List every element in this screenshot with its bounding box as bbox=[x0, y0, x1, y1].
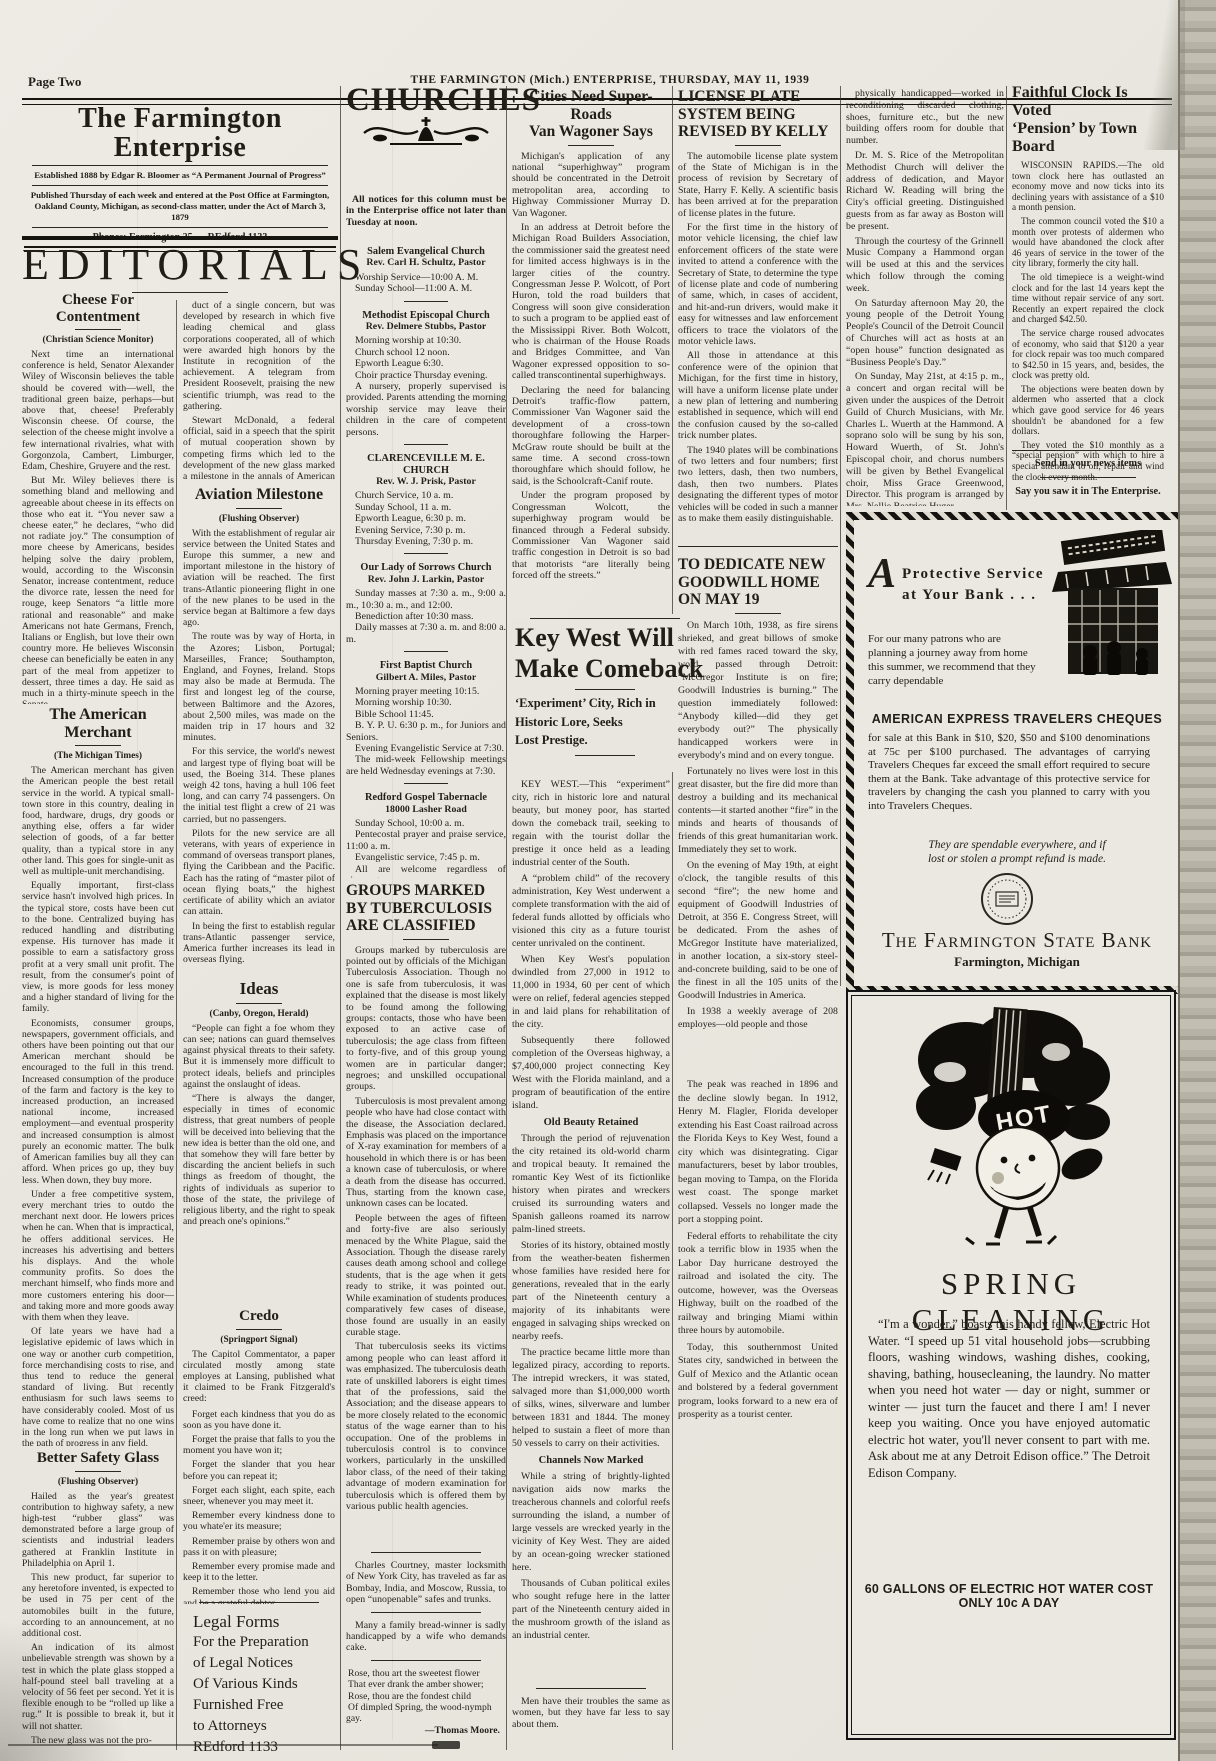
page-label: Page Two bbox=[28, 74, 81, 90]
storefront-illustration bbox=[1052, 530, 1172, 682]
paragraph: Remember every kindness done to you what… bbox=[183, 1510, 335, 1532]
column-rule bbox=[672, 86, 673, 614]
rule bbox=[404, 444, 448, 445]
paragraph: Morning worship 10:30. bbox=[346, 697, 506, 708]
rule bbox=[403, 939, 449, 940]
rule bbox=[371, 1552, 481, 1553]
article-tuberculosis-groups: GROUPS MARKEDBY TUBERCULOSISARE CLASSIFI… bbox=[346, 882, 506, 1546]
paragraph: Thousands of Cuban political exiles who … bbox=[512, 1577, 670, 1642]
paragraph: Evening Service, 7:30 p. m. bbox=[346, 525, 506, 536]
article-license-plate: LICENSE PLATESYSTEM BEINGREVISED BY KELL… bbox=[678, 88, 838, 540]
scan-corner-shadow bbox=[1140, 0, 1185, 150]
paragraph: That ever drank the amber shower; bbox=[346, 1679, 506, 1690]
paragraph: Pentecostal prayer and praise service, 1… bbox=[346, 829, 506, 852]
church-listing-salem: Salem Evangelical Church Rev. Carl H. Sc… bbox=[346, 244, 506, 302]
paragraph: “People can fight a foe whom they can se… bbox=[183, 1023, 335, 1090]
key-west-headline: Key West WillMake Comeback ‘Experiment’ … bbox=[506, 618, 704, 756]
paragraph: All those in attendance at this conferen… bbox=[678, 350, 838, 441]
paragraph: In an address at Detroit before the Mich… bbox=[512, 222, 670, 382]
rule bbox=[536, 1688, 646, 1689]
column-rule bbox=[1006, 86, 1007, 510]
church-name: Our Lady of Sorrows Church bbox=[346, 562, 506, 573]
church-pastor: Rev. Carl H. Schultz, Pastor bbox=[346, 257, 506, 268]
paragraph: Sunday School—11:00 A. M. bbox=[346, 283, 506, 294]
scan-blot bbox=[432, 1741, 460, 1749]
fdic-seal-icon bbox=[980, 872, 1034, 926]
paragraph: Michigan's application of any national “… bbox=[512, 151, 670, 219]
church-schedule: Worship Service—10:00 A. M.Sunday School… bbox=[346, 272, 506, 295]
paragraph: Forget the praise that falls to you the … bbox=[183, 1434, 335, 1456]
paragraph: GOODWILL HOME bbox=[678, 574, 838, 592]
article-title: Better Safety Glass bbox=[22, 1450, 174, 1467]
rule bbox=[404, 783, 448, 784]
paragraph: But Mr. Wiley believes there is somethin… bbox=[22, 475, 174, 704]
article-body: With the establishment of regular air se… bbox=[183, 528, 335, 966]
churches-ornament-icon bbox=[360, 111, 492, 149]
legal-forms-ad: Legal FormsFor the Preparationof Legal N… bbox=[183, 1602, 335, 1758]
ad-body: for sale at this Bank in $10, $20, $50 a… bbox=[868, 732, 1150, 814]
ad-tagline-line1: They are spendable everywhere, and if bbox=[854, 838, 1180, 852]
paragraph: With the establishment of regular air se… bbox=[183, 528, 335, 629]
paragraph: Hailed as the year's greatest contributi… bbox=[22, 1491, 174, 1569]
paragraph: In being the first to establish regular … bbox=[183, 921, 335, 966]
rule bbox=[404, 553, 448, 554]
paragraph: “There is always the danger, especially … bbox=[183, 1093, 335, 1227]
article-title: The American Merchant bbox=[22, 706, 174, 741]
paragraph: Sunday masses at 7:30 a. m., 9:00 a. m.,… bbox=[346, 588, 506, 611]
paragraph: Groups marked by tuberculosis are pointe… bbox=[346, 945, 506, 1093]
paragraph: The mid-week Fellowship meetings are hel… bbox=[346, 754, 506, 777]
editorials-banner-text: EDITORIALS bbox=[22, 242, 338, 288]
article-credit: (Christian Science Monitor) bbox=[22, 335, 174, 345]
ad-headline-line2: at Your Bank . . . bbox=[902, 585, 1058, 606]
church-pastor: Rev. John J. Larkin, Pastor bbox=[346, 574, 506, 585]
scan-edge-band bbox=[1178, 0, 1216, 1761]
paragraph: The peak was reached in 1896 and the dec… bbox=[678, 1078, 838, 1227]
paragraph: For the first time in the history of mot… bbox=[678, 222, 838, 347]
rule bbox=[530, 618, 680, 619]
masthead-published: Published Thursday of each week and ente… bbox=[22, 188, 338, 225]
filler-courtney: Charles Courtney, master locksmith of Ne… bbox=[346, 1560, 506, 1606]
article-body: Through the period of rejuvenation the c… bbox=[512, 1132, 670, 1450]
paragraph: The American merchant has given the Amer… bbox=[22, 765, 174, 877]
paragraph: Declaring the need for balancing Detroit… bbox=[512, 385, 670, 488]
paragraph: Church school 12 noon. bbox=[346, 347, 506, 358]
rule bbox=[236, 1003, 282, 1004]
paragraph: Lost Prestige. bbox=[506, 733, 704, 749]
paragraph: duct of a single concern, but was develo… bbox=[183, 300, 335, 412]
paragraph: Of late years we have had a legislative … bbox=[22, 1326, 174, 1446]
rule bbox=[575, 755, 635, 756]
article-body: KEY WEST.—This “experiment” city, rich i… bbox=[512, 778, 670, 1112]
filler-poem: Rose, thou art the sweetest flowerThat e… bbox=[346, 1668, 506, 1725]
article-key-west-continuation: The peak was reached in 1896 and the dec… bbox=[678, 1078, 838, 1638]
rule bbox=[371, 1612, 481, 1613]
column-rule bbox=[176, 300, 177, 1750]
paragraph: Fortunately no lives were lost in this g… bbox=[678, 765, 838, 856]
rule bbox=[236, 508, 282, 509]
ad-tagline-line2: lost or stolen a prompt refund is made. bbox=[854, 852, 1180, 866]
paragraph: Next time an international conference is… bbox=[22, 349, 174, 472]
paragraph: Morning worship at 10:30. bbox=[346, 335, 506, 346]
rule bbox=[32, 165, 328, 166]
paragraph: Bible School 11:45. bbox=[346, 709, 506, 720]
credo-intro: The Capitol Commentator, a paper circula… bbox=[183, 1349, 335, 1405]
church-schedule: Sunday School, 10:00 a. m.Pentecostal pr… bbox=[346, 818, 506, 878]
notice-send-news: Send in your news items bbox=[1012, 458, 1164, 469]
paragraph: Church Service, 10 a. m. bbox=[346, 490, 506, 501]
paragraph: Under a free competitive system, every m… bbox=[22, 1189, 174, 1323]
ad-intro: For our many patrons who are planning a … bbox=[868, 632, 1040, 688]
article-title: Ideas bbox=[183, 980, 335, 999]
paragraph: Dr. M. S. Rice of the Metropolitan Metho… bbox=[846, 150, 1004, 233]
paragraph: GROUPS MARKED bbox=[346, 882, 506, 900]
article-credit: (Flushing Observer) bbox=[183, 514, 335, 524]
paragraph: REVISED BY KELLY bbox=[678, 123, 838, 141]
article-body: Groups marked by tuberculosis are pointe… bbox=[346, 945, 506, 1513]
church-schedule: Church Service, 10 a. m.Sunday School, 1… bbox=[346, 490, 506, 547]
newspaper-page: Page Two THE FARMINGTON (Mich.) ENTERPRI… bbox=[0, 0, 1216, 1761]
article-title: Credo bbox=[183, 1308, 335, 1325]
article-subhead: Old Beauty Retained bbox=[512, 1116, 670, 1129]
article-credo: Credo (Springport Signal) The Capitol Co… bbox=[183, 1308, 335, 1604]
column-rule bbox=[340, 86, 341, 1750]
article-body: On March 10th, 1938, as fire sirens shri… bbox=[678, 619, 838, 1031]
church-name: Salem Evangelical Church bbox=[346, 246, 506, 257]
paragraph: Economists, consumer groups, newspapers,… bbox=[22, 1018, 174, 1186]
rule bbox=[404, 651, 448, 652]
rule bbox=[75, 329, 121, 330]
ad-body: “I'm a wonder,” boasts this handy fellow… bbox=[868, 1316, 1150, 1481]
church-schedule: Morning worship at 10:30.Church school 1… bbox=[346, 335, 506, 438]
paragraph: ‘Experiment’ City, Rich in bbox=[506, 696, 704, 712]
article-title: Cheese For Contentment bbox=[22, 292, 174, 325]
credo-lines: Forget each kindness that you do as soon… bbox=[183, 1409, 335, 1604]
paragraph: Today, this southernmost United States c… bbox=[678, 1341, 838, 1422]
paragraph: Historic Lore, Seeks bbox=[506, 715, 704, 731]
rule bbox=[404, 301, 448, 302]
rule bbox=[735, 145, 781, 146]
ad-headline-line1: Protective Service bbox=[902, 564, 1058, 585]
church-address: 18000 Lasher Road bbox=[346, 804, 506, 815]
filler-breadwinner: Many a family bread-winner is sadly hand… bbox=[346, 1620, 506, 1654]
paragraph: TO DEDICATE NEW bbox=[678, 556, 838, 574]
paragraph: Legal Forms bbox=[193, 1611, 335, 1632]
paragraph: The 1940 plates will be combinations of … bbox=[678, 445, 838, 525]
ad-product-name: AMERICAN EXPRESS TRAVELERS CHEQUES bbox=[854, 712, 1180, 726]
scan-curl-shadow bbox=[0, 1620, 130, 1761]
article-body: Next time an international conference is… bbox=[22, 349, 174, 704]
paragraph: When Key West's population dwindled from… bbox=[512, 953, 670, 1031]
paragraph: Choir practice Thursday evening. bbox=[346, 370, 506, 381]
paragraph: For this service, the world's newest and… bbox=[183, 746, 335, 824]
paragraph: B. Y. P. U. 6:30 p. m., for Juniors and … bbox=[346, 720, 506, 743]
paragraph: Federal efforts to rehabilitate the city… bbox=[678, 1230, 838, 1338]
paragraph: KEY WEST.—This “experiment” city, rich i… bbox=[512, 778, 670, 869]
church-pastor: Rev. W. J. Prisk, Pastor bbox=[346, 476, 506, 487]
paragraph: Van Wagoner Says bbox=[512, 123, 670, 141]
article-title: Key West WillMake Comeback bbox=[506, 624, 704, 683]
legal-forms-ad-text: Legal FormsFor the Preparationof Legal N… bbox=[183, 1611, 335, 1758]
paragraph: On the evening of May 19th, at eight o'c… bbox=[678, 859, 838, 1002]
paragraph: Thursday Evening, 7:30 p. m. bbox=[346, 536, 506, 547]
church-pastor: Gilbert A. Miles, Pastor bbox=[346, 672, 506, 683]
article-body: The automobile license plate system of t… bbox=[678, 151, 838, 525]
hot-water-mascot-icon: HOT bbox=[906, 1002, 1116, 1254]
column-rule bbox=[840, 86, 841, 986]
paragraph: A nursery, properly supervised is provid… bbox=[346, 381, 506, 438]
bank-name: The Farmington State Bank bbox=[854, 928, 1180, 953]
church-listing-our-lady-of-sorrows: Our Lady of Sorrows Church Rev. John J. … bbox=[346, 560, 506, 652]
rule bbox=[32, 185, 328, 186]
article-title: GROUPS MARKEDBY TUBERCULOSISARE CLASSIFI… bbox=[346, 882, 506, 935]
church-listing-redford-gospel: Redford Gospel Tabernacle 18000 Lasher R… bbox=[346, 790, 506, 878]
paragraph: On Saturday afternoon May 20, the young … bbox=[846, 298, 1004, 369]
paragraph: Sunday School, 10:00 a. m. bbox=[346, 818, 506, 829]
rule bbox=[236, 1329, 282, 1330]
paragraph: BY TUBERCULOSIS bbox=[346, 900, 506, 918]
paragraph: Equally important, first-class service h… bbox=[22, 880, 174, 1014]
paragraph: ON MAY 19 bbox=[678, 591, 838, 609]
article-american-merchant: The American Merchant (The Michigan Time… bbox=[22, 706, 174, 1446]
article-ideas: Ideas (Canby, Oregon, Herald) “People ca… bbox=[183, 980, 335, 1306]
paragraph: Forget each slight, each spite, each sne… bbox=[183, 1485, 335, 1507]
paragraph: LICENSE PLATE bbox=[678, 88, 838, 106]
filler-men-troubles: Men have their troubles the same as wome… bbox=[512, 1688, 670, 1733]
ad-banner: 60 GALLONS OF ELECTRIC HOT WATER COST ON… bbox=[856, 1582, 1162, 1610]
masthead-established: Established 1888 by Edgar R. Bloomer as … bbox=[22, 168, 338, 183]
rule bbox=[735, 613, 781, 614]
paragraph: Stories of its history, obtained mostly … bbox=[512, 1239, 670, 1343]
paragraph: Make Comeback bbox=[506, 655, 704, 683]
paragraph: On Sunday, May 21st, at 4:15 p. m., a co… bbox=[846, 371, 1004, 506]
article-key-west-body: KEY WEST.—This “experiment” city, rich i… bbox=[512, 778, 670, 1670]
church-listing-first-baptist: First Baptist Church Gilbert A. Miles, P… bbox=[346, 658, 506, 784]
rule bbox=[75, 1471, 121, 1472]
article-credit: (Flushing Observer) bbox=[22, 1477, 174, 1487]
paragraph: In 1938 a weekly average of 208 employes… bbox=[678, 1005, 838, 1031]
article-body: While a string of brightly-lighted navig… bbox=[512, 1470, 670, 1642]
article-subhead: Channels Now Marked bbox=[512, 1454, 670, 1467]
article-aviation-milestone: Aviation Milestone (Flushing Observer) W… bbox=[183, 486, 335, 976]
churches-notice-text: All notices for this column must be in t… bbox=[346, 194, 506, 228]
paragraph: The automobile license plate system of t… bbox=[678, 151, 838, 219]
church-schedule: Morning prayer meeting 10:15.Morning wor… bbox=[346, 686, 506, 777]
paragraph: Under the program proposed by Congressma… bbox=[512, 490, 670, 581]
churches-notice: All notices for this column must be in t… bbox=[346, 194, 506, 231]
column-rule bbox=[672, 772, 673, 1750]
article-subtitle: ‘Experiment’ City, Rich inHistoric Lore,… bbox=[506, 696, 704, 749]
paragraph: Remember praise by others won and pass i… bbox=[183, 1536, 335, 1558]
church-name: First Baptist Church bbox=[346, 660, 506, 671]
paragraph: All are welcome regardless of circumstan… bbox=[346, 864, 506, 878]
paragraph: to Attorneys bbox=[193, 1716, 335, 1737]
paragraph: While a string of brightly-lighted navig… bbox=[512, 1470, 670, 1574]
paragraph: Through the period of rejuvenation the c… bbox=[512, 1132, 670, 1236]
paragraph: REdford 1133 bbox=[193, 1737, 335, 1758]
paragraph: Through the courtesy of the Grinnell Mus… bbox=[846, 236, 1004, 295]
churches-banner: CHURCHES bbox=[346, 84, 506, 154]
rule bbox=[32, 227, 328, 228]
rule bbox=[568, 145, 614, 146]
paragraph: Stewart McDonald, a federal official, sa… bbox=[183, 415, 335, 482]
paragraph: The service charge roused advocates of e… bbox=[1012, 328, 1164, 381]
notice-saw-enterprise: Say you saw it in The Enterprise. bbox=[1006, 486, 1170, 497]
paragraph: of Legal Notices bbox=[193, 1653, 335, 1674]
paragraph: Worship Service—10:00 A. M. bbox=[346, 272, 506, 283]
article-body: The American merchant has given the Amer… bbox=[22, 765, 174, 1446]
article-credit: (Canby, Oregon, Herald) bbox=[183, 1009, 335, 1019]
scan-fold-line bbox=[392, 100, 393, 1740]
paragraph: For the Preparation bbox=[193, 1632, 335, 1653]
church-pastor: Rev. Delmere Stubbs, Pastor bbox=[346, 321, 506, 332]
article-credit: (The Michigan Times) bbox=[22, 751, 174, 761]
masthead: The Farmington Enterprise Established 18… bbox=[22, 104, 338, 252]
article-goodwill-continuation: physically handicapped—worked in recondi… bbox=[846, 88, 1004, 506]
paragraph: Sunday School, 11 a. m. bbox=[346, 502, 506, 513]
paragraph: Forget the slander that you hear before … bbox=[183, 1459, 335, 1481]
rule bbox=[75, 745, 121, 746]
article-credit: (Springport Signal) bbox=[183, 1335, 335, 1345]
rule bbox=[678, 546, 838, 547]
poem-attribution: —Thomas Moore. bbox=[346, 1725, 506, 1736]
paragraph: The old timepiece is a weight-wind clock… bbox=[1012, 272, 1164, 325]
rule bbox=[371, 1660, 481, 1661]
article-cheese-for-contentment: Cheese For Contentment (Christian Scienc… bbox=[22, 292, 174, 704]
newspaper-title: The Farmington Enterprise bbox=[22, 104, 338, 163]
article-body: WISCONSIN RAPIDS.—The old town clock her… bbox=[1012, 160, 1164, 490]
rule bbox=[575, 689, 635, 690]
paragraph: On March 10th, 1938, as fire sirens shri… bbox=[678, 619, 838, 762]
paragraph: The practice became little more than leg… bbox=[512, 1346, 670, 1450]
article-title: LICENSE PLATESYSTEM BEINGREVISED BY KELL… bbox=[678, 88, 838, 141]
paragraph: SYSTEM BEING bbox=[678, 106, 838, 124]
paragraph: Epworth League 6:30. bbox=[346, 358, 506, 369]
paragraph: Evening Evangelistic Service at 7:30. bbox=[346, 743, 506, 754]
paragraph: Key West Will bbox=[506, 624, 704, 652]
church-name: Methodist Episcopal Church bbox=[346, 310, 506, 321]
article-title: Cities Need Super-RoadsVan Wagoner Says bbox=[512, 88, 670, 141]
bank-travelers-cheques-ad: A Protective Service at Your Bank . . . … bbox=[846, 512, 1188, 994]
article-glass-continuation: duct of a single concern, but was develo… bbox=[183, 300, 335, 482]
paragraph: Of dimpled Spring, the wood-nymph gay. bbox=[346, 1702, 506, 1725]
paragraph: Pilots for the new service are all veter… bbox=[183, 828, 335, 918]
paragraph: Benediction after 10:30 mass. bbox=[346, 611, 506, 622]
rule bbox=[1040, 477, 1136, 478]
article-goodwill-home: TO DEDICATE NEWGOODWILL HOMEON MAY 19 On… bbox=[678, 556, 838, 1066]
paragraph: Of Various Kinds bbox=[193, 1674, 335, 1695]
article-title: TO DEDICATE NEWGOODWILL HOMEON MAY 19 bbox=[678, 556, 838, 609]
filler-text: Men have their troubles the same as wome… bbox=[512, 1696, 670, 1730]
paragraph: Remember every promise made and keep it … bbox=[183, 1561, 335, 1583]
paragraph: Subsequently there followed completion o… bbox=[512, 1034, 670, 1112]
paragraph: Rose, thou art the sweetest flower bbox=[346, 1668, 506, 1679]
church-schedule: Sunday masses at 7:30 a. m., 9:00 a. m.,… bbox=[346, 588, 506, 645]
column-fillers: Charles Courtney, master locksmith of Ne… bbox=[346, 1552, 506, 1736]
paragraph: Morning prayer meeting 10:15. bbox=[346, 686, 506, 697]
article-super-roads: Cities Need Super-RoadsVan Wagoner Says … bbox=[512, 88, 670, 614]
edison-spring-cleaning-ad: HOT SPRING CLEANING “I'm a wonder,” boas… bbox=[846, 990, 1176, 1740]
rule bbox=[199, 1602, 319, 1603]
paragraph: People between the ages of fifteen and f… bbox=[346, 1213, 506, 1338]
paragraph: The common council voted the $10 a month… bbox=[1012, 216, 1164, 269]
paragraph: physically handicapped—worked in recondi… bbox=[846, 88, 1004, 147]
paragraph: Daily masses at 7:30 a. m. and 8:00 a. m… bbox=[346, 622, 506, 645]
paragraph: That tuberculosis seeks its victims amon… bbox=[346, 1341, 506, 1512]
article-body: “People can fight a foe whom they can se… bbox=[183, 1023, 335, 1228]
paragraph: Tuberculosis is most prevalent among peo… bbox=[346, 1096, 506, 1210]
paragraph: Cities Need Super-Roads bbox=[512, 88, 670, 123]
rule bbox=[1012, 450, 1164, 451]
bank-location: Farmington, Michigan bbox=[854, 954, 1180, 970]
ad-script-initial: A bbox=[868, 550, 896, 598]
paragraph: A “problem child” of the recovery admini… bbox=[512, 872, 670, 950]
church-listing-clarenceville: CLARENCEVILLE M. E. CHURCH Rev. W. J. Pr… bbox=[346, 451, 506, 554]
editorials-banner: EDITORIALS bbox=[22, 236, 338, 298]
article-title: Aviation Milestone bbox=[183, 486, 335, 504]
paragraph: ARE CLASSIFIED bbox=[346, 917, 506, 935]
paragraph: The route was by way of Horta, in the Az… bbox=[183, 631, 335, 743]
church-name: Redford Gospel Tabernacle bbox=[346, 792, 506, 803]
paragraph: Rose, thou are the fondest child bbox=[346, 1691, 506, 1702]
paragraph: The objections were beaten down by alder… bbox=[1012, 384, 1164, 437]
article-body: Michigan's application of any national “… bbox=[512, 151, 670, 582]
paragraph: Evangelistic service, 7:45 p. m. bbox=[346, 852, 506, 863]
church-name: CLARENCEVILLE M. E. CHURCH bbox=[346, 453, 506, 476]
paragraph: WISCONSIN RAPIDS.—The old town clock her… bbox=[1012, 160, 1164, 213]
churches-list: Salem Evangelical Church Rev. Carl H. Sc… bbox=[346, 244, 506, 878]
column-rule bbox=[506, 86, 507, 1750]
church-listing-methodist: Methodist Episcopal Church Rev. Delmere … bbox=[346, 308, 506, 445]
paragraph: Epworth League, 6:30 p. m. bbox=[346, 513, 506, 524]
paragraph: Furnished Free bbox=[193, 1695, 335, 1716]
paragraph: Forget each kindness that you do as soon… bbox=[183, 1409, 335, 1431]
scan-fold-line bbox=[137, 120, 138, 1720]
